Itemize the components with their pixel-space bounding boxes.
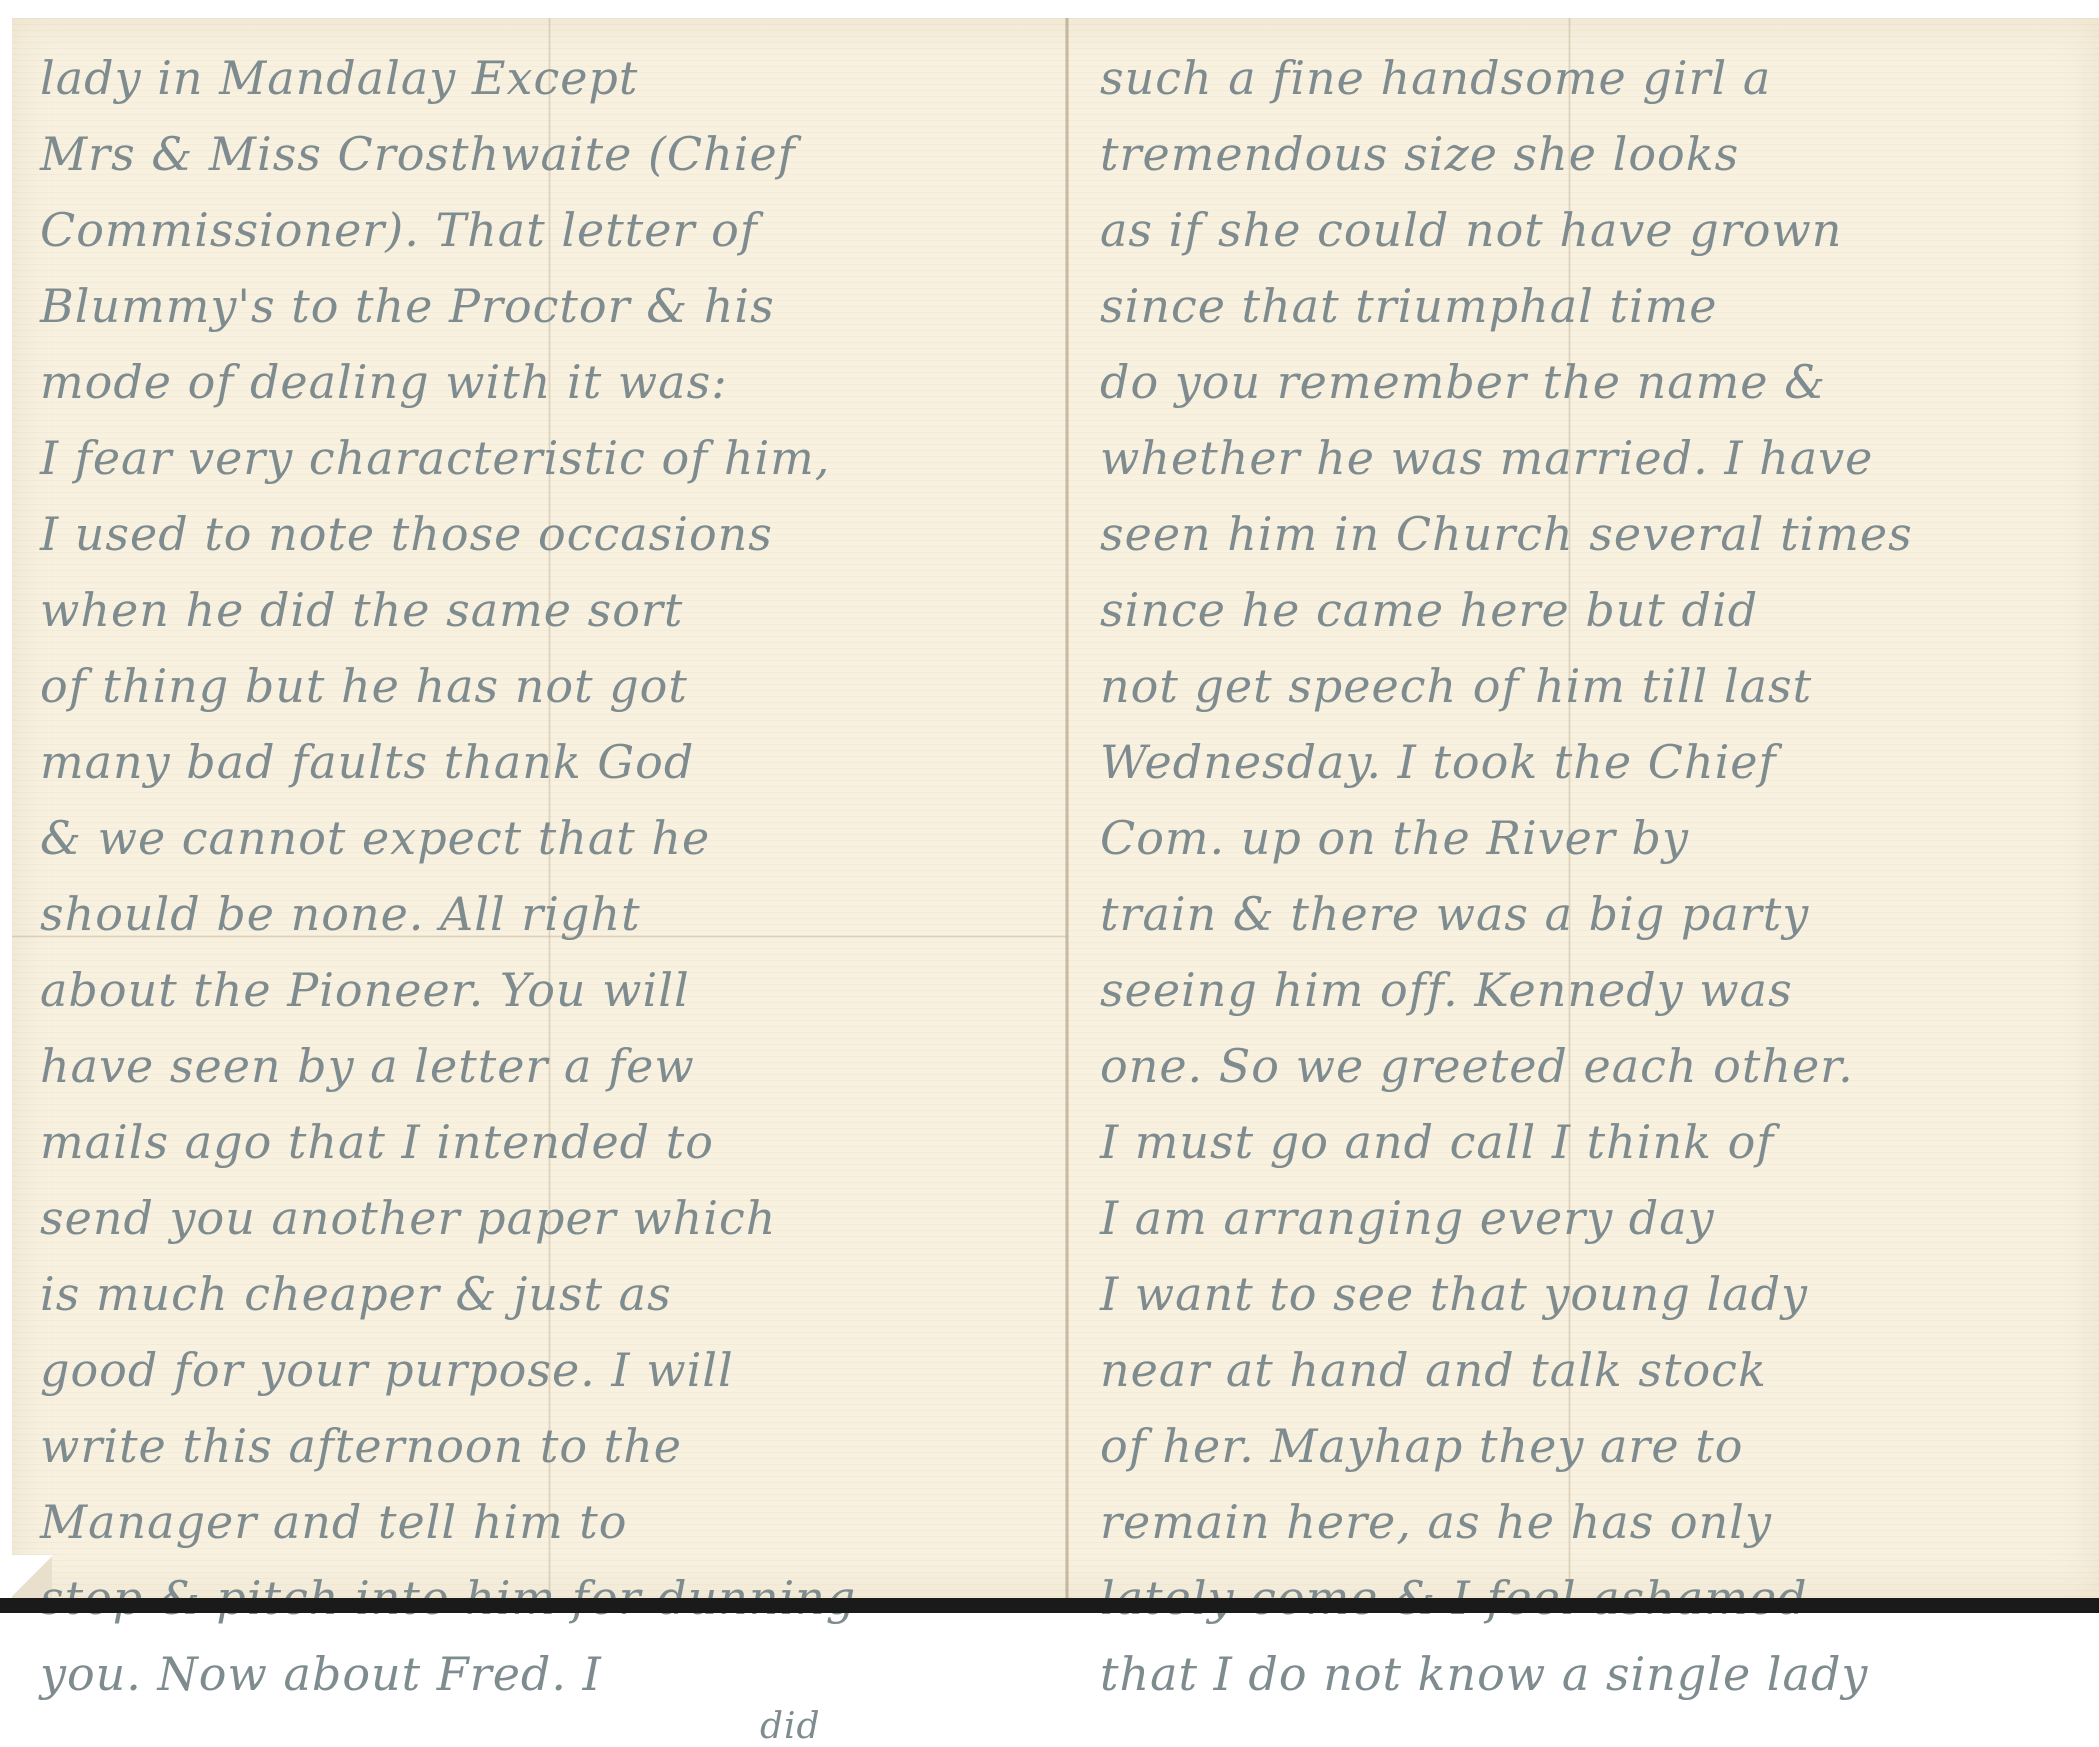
handwritten-line: many bad faults thank God	[40, 724, 1030, 800]
handwritten-line: near at hand and talk stock	[1100, 1332, 2090, 1408]
handwritten-line: of her. Mayhap they are to	[1100, 1408, 2090, 1484]
handwritten-line: should be none. All right	[40, 876, 1030, 952]
handwritten-line: & we cannot expect that he	[40, 800, 1030, 876]
handwritten-line: about the Pioneer. You will	[40, 952, 1030, 1028]
handwritten-line: do you remember the name &	[1100, 344, 2090, 420]
handwritten-line: have seen by a letter a few	[40, 1028, 1030, 1104]
handwritten-line: Com. up on the River by	[1100, 800, 2090, 876]
handwritten-line: I must go and call I think of	[1100, 1104, 2090, 1180]
page-split-fold	[1065, 18, 1069, 1598]
handwritten-line: Mrs & Miss Crosthwaite (Chief	[40, 116, 1030, 192]
handwritten-line: seen him in Church several times	[1100, 496, 2090, 572]
handwritten-line: such a fine handsome girl a	[1100, 40, 2090, 116]
handwritten-line: send you another paper which	[40, 1180, 1030, 1256]
handwritten-line: mode of dealing with it was:	[40, 344, 1030, 420]
handwritten-line: Commissioner). That letter of	[40, 192, 1030, 268]
handwritten-line: tremendous size she looks	[1100, 116, 2090, 192]
handwritten-line: is much cheaper & just as	[40, 1256, 1030, 1332]
handwritten-line: seeing him off. Kennedy was	[1100, 952, 2090, 1028]
right-page: such a fine handsome girl a tremendous s…	[1100, 40, 2090, 1613]
handwritten-line: Wednesday. I took the Chief	[1100, 724, 2090, 800]
handwritten-line: write this afternoon to the	[40, 1408, 1030, 1484]
handwritten-line: of thing but he has not got	[40, 648, 1030, 724]
handwritten-line: since that triumphal time	[1100, 268, 2090, 344]
handwritten-line: good for your purpose. I will	[40, 1332, 1030, 1408]
handwritten-line: train & there was a big party	[1100, 876, 2090, 952]
handwritten-line: not get speech of him till last	[1100, 648, 2090, 724]
handwritten-line: Blummy's to the Proctor & his	[40, 268, 1030, 344]
handwritten-line: remain here, as he has only	[1100, 1484, 2090, 1560]
handwritten-line: I used to note those occasions	[40, 496, 1030, 572]
handwritten-line: since he came here but did	[1100, 572, 2090, 648]
scan-bottom-edge	[0, 1598, 2099, 1613]
handwritten-line: Manager and tell him to	[40, 1484, 1030, 1560]
handwritten-line: I want to see that young lady	[1100, 1256, 2090, 1332]
handwritten-line: as if she could not have grown	[1100, 192, 2090, 268]
handwritten-line: I fear very characteristic of him,	[40, 420, 1030, 496]
handwritten-line: lady in Mandalay Except	[40, 40, 1030, 116]
left-page: lady in Mandalay Except Mrs & Miss Crost…	[40, 40, 1030, 1613]
handwritten-line: mails ago that I intended to	[40, 1104, 1030, 1180]
handwritten-line: whether he was married. I have	[1100, 420, 2090, 496]
handwritten-line: when he did the same sort	[40, 572, 1030, 648]
handwritten-line: I am arranging every day	[1100, 1180, 2090, 1256]
handwritten-line: one. So we greeted each other.	[1100, 1028, 2090, 1104]
